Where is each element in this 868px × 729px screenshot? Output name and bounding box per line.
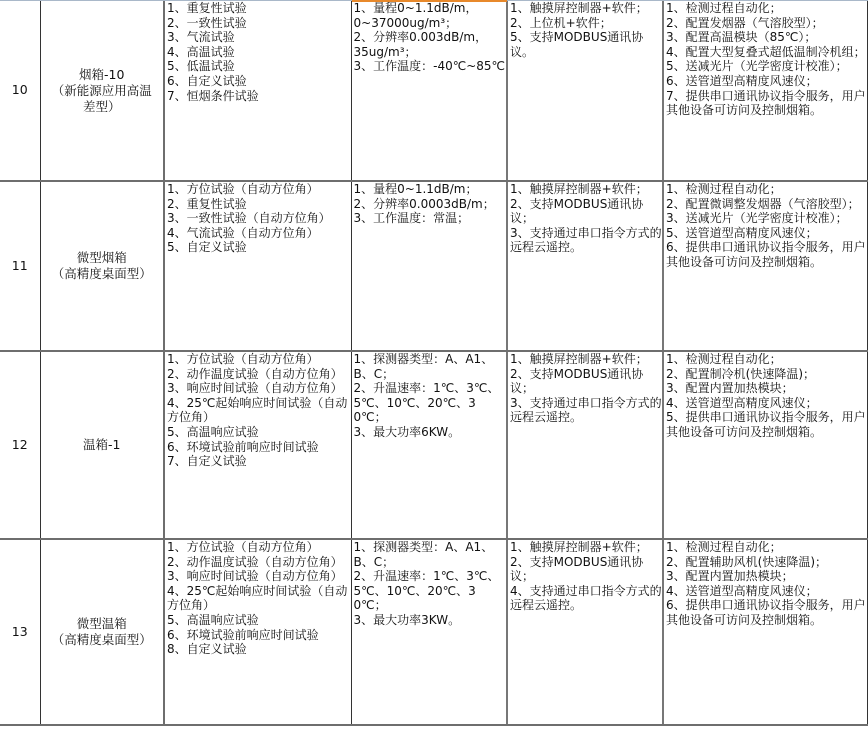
test-item: 2、一致性试验 (167, 16, 351, 31)
test-item: 4、气流试验（自动方位角） (167, 226, 351, 241)
product-name-line: （高精度桌面型） (45, 632, 160, 648)
parameter-item: 2、分辨率0.0003dB/m； (354, 197, 507, 212)
test-item: 2、重复性试验 (167, 197, 351, 212)
test-item: 6、环境试验前响应时间试验 (167, 440, 351, 455)
table-row: 12 温箱-1 1、方位试验（自动方位角）2、动作温度试验（自动方位角）3、响应… (0, 351, 867, 539)
product-name-line: （新能源应用高温 (45, 83, 160, 99)
config-item: 6、提供串口通讯协议指令服务，用户其他设备可访问及控制烟箱。 (666, 240, 867, 269)
spreadsheet-view: 10 烟箱-10（新能源应用高温差型） 1、重复性试验2、一致性试验3、气流试验… (0, 0, 868, 729)
config-item: 7、提供串口通讯协议指令服务，用户其他设备可访问及控制烟箱。 (666, 89, 867, 118)
control-item: 3、支持通过串口指令方式的远程云遥控。 (510, 396, 662, 425)
test-item: 3、气流试验 (167, 30, 351, 45)
test-item: 4、高温试验 (167, 45, 351, 60)
test-item: 3、响应时间试验（自动方位角） (167, 569, 351, 584)
product-name-line: 温箱-1 (45, 437, 160, 453)
parameter-item: 0~37000ug/m³； (354, 16, 507, 31)
config-item: 4、配置大型复叠式超低温制冷机组； (666, 45, 867, 60)
control-item: 5、支持MODBUS通讯协议。 (510, 30, 662, 59)
cell-parameters[interactable]: 1、量程0~1.1dB/m；2、分辨率0.0003dB/m；3、工作温度：常温； (351, 181, 507, 351)
cell-control-mode[interactable]: 1、触摸屏控制器+软件；2、支持MODBUS通讯协议；4、支持通过串口指令方式的… (507, 539, 663, 725)
product-name-line: 微型烟箱 (45, 250, 160, 266)
test-item: 1、方位试验（自动方位角） (167, 182, 351, 197)
config-item: 4、送管道型高精度风速仪； (666, 396, 867, 411)
config-item: 6、提供串口通讯协议指令服务，用户其他设备可访问及控制烟箱。 (666, 598, 867, 627)
config-item: 3、配置内置加热模块； (666, 381, 867, 396)
cell-test-items[interactable]: 1、方位试验（自动方位角）2、动作温度试验（自动方位角）3、响应时间试验（自动方… (164, 351, 351, 539)
parameter-item: 3、工作温度：-40℃~85℃ (354, 59, 507, 74)
config-item: 5、送减光片（光学密度计校准）； (666, 59, 867, 74)
parameter-item: 2、分辨率0.003dB/m， (354, 30, 507, 45)
control-item: 1、触摸屏控制器+软件； (510, 352, 662, 367)
control-item: 2、支持MODBUS通讯协议； (510, 197, 662, 226)
config-item: 3、配置内置加热模块； (666, 569, 867, 584)
cell-test-items[interactable]: 1、方位试验（自动方位角）2、动作温度试验（自动方位角）3、响应时间试验（自动方… (164, 539, 351, 725)
parameter-item: 35ug/m³； (354, 45, 507, 60)
parameter-item: 3、工作温度：常温； (354, 211, 507, 226)
product-name-line: 差型） (45, 99, 160, 115)
test-item: 5、高温响应试验 (167, 425, 351, 440)
config-item: 2、配置辅助风机(快速降温)； (666, 555, 867, 570)
cell-test-items[interactable]: 1、方位试验（自动方位角）2、重复性试验3、一致性试验（自动方位角）4、气流试验… (164, 181, 351, 351)
test-item: 7、自定义试验 (167, 454, 351, 469)
parameter-item: 1、量程0~1.1dB/m； (354, 182, 507, 197)
test-item: 1、方位试验（自动方位角） (167, 540, 351, 555)
test-item: 5、低温试验 (167, 59, 351, 74)
cell-parameters[interactable]: 1、探测器类型：A、A1、B、C；2、升温速率：1℃、3℃、5℃、10℃、20℃… (351, 351, 507, 539)
config-item: 1、检测过程自动化； (666, 1, 867, 16)
cell-parameters[interactable]: 1、探测器类型：A、A1、B、C；2、升温速率：1℃、3℃、5℃、10℃、20℃… (351, 539, 507, 725)
config-item: 1、检测过程自动化； (666, 182, 867, 197)
parameter-item: 2、升温速率：1℃、3℃、5℃、10℃、20℃、30℃； (354, 569, 507, 613)
parameter-item: 3、最大功率3KW。 (354, 613, 507, 628)
product-name-line: （高精度桌面型） (45, 266, 160, 282)
product-name-line: 烟箱-10 (45, 67, 160, 83)
test-item: 8、自定义试验 (167, 642, 351, 657)
test-item: 4、25℃起始响应时间试验（自动方位角） (167, 584, 351, 613)
row-number: 13 (12, 624, 28, 639)
test-item: 2、动作温度试验（自动方位角） (167, 367, 351, 382)
cell-control-mode[interactable]: 1、触摸屏控制器+软件；2、支持MODBUS通讯协议；3、支持通过串口指令方式的… (507, 351, 663, 539)
parameter-item: 2、升温速率：1℃、3℃、5℃、10℃、20℃、30℃； (354, 381, 507, 425)
test-item: 1、方位试验（自动方位角） (167, 352, 351, 367)
test-item: 3、响应时间试验（自动方位角） (167, 381, 351, 396)
control-item: 4、支持通过串口指令方式的远程云遥控。 (510, 584, 662, 613)
config-item: 3、配置高温模块（85℃）； (666, 30, 867, 45)
cell-test-items[interactable]: 1、重复性试验2、一致性试验3、气流试验4、高温试验5、低温试验6、自定义试验7… (164, 1, 351, 181)
test-item: 2、动作温度试验（自动方位角） (167, 555, 351, 570)
cell-row-number[interactable]: 10 (0, 1, 40, 181)
product-name-line: 微型温箱 (45, 616, 160, 632)
test-item: 4、25℃起始响应时间试验（自动方位角） (167, 396, 351, 425)
test-item: 7、恒烟条件试验 (167, 89, 351, 104)
parameter-item: 1、量程0~1.1dB/m， (354, 1, 507, 16)
config-item: 4、送管道型高精度风速仪； (666, 584, 867, 599)
parameter-item: 1、探测器类型：A、A1、B、C； (354, 540, 507, 569)
cell-configuration[interactable]: 1、检测过程自动化；2、配置微调整发烟器（气溶胶型）；3、送减光片（光学密度计校… (663, 181, 867, 351)
test-item: 3、一致性试验（自动方位角） (167, 211, 351, 226)
control-item: 1、触摸屏控制器+软件； (510, 182, 662, 197)
control-item: 3、支持通过串口指令方式的远程云遥控。 (510, 226, 662, 255)
config-item: 1、检测过程自动化； (666, 540, 867, 555)
config-item: 3、送减光片（光学密度计校准）； (666, 211, 867, 226)
config-item: 1、检测过程自动化； (666, 352, 867, 367)
cell-product-name[interactable]: 微型烟箱（高精度桌面型） (40, 181, 164, 351)
cell-row-number[interactable]: 12 (0, 351, 40, 539)
parameter-item: 1、探测器类型：A、A1、B、C； (354, 352, 507, 381)
cell-control-mode[interactable]: 1、触摸屏控制器+软件；2、支持MODBUS通讯协议；3、支持通过串口指令方式的… (507, 181, 663, 351)
test-item: 5、高温响应试验 (167, 613, 351, 628)
table-row: 11 微型烟箱（高精度桌面型） 1、方位试验（自动方位角）2、重复性试验3、一致… (0, 181, 867, 351)
config-item: 2、配置发烟器（气溶胶型）； (666, 16, 867, 31)
product-spec-table: 10 烟箱-10（新能源应用高温差型） 1、重复性试验2、一致性试验3、气流试验… (0, 1, 868, 726)
row-number: 11 (12, 258, 28, 273)
cell-product-name[interactable]: 温箱-1 (40, 351, 164, 539)
control-item: 2、上位机+软件； (510, 16, 662, 31)
control-item: 1、触摸屏控制器+软件； (510, 1, 662, 16)
control-item: 1、触摸屏控制器+软件； (510, 540, 662, 555)
cell-parameters[interactable]: 1、量程0~1.1dB/m，0~37000ug/m³；2、分辨率0.003dB/… (351, 1, 507, 181)
cell-product-name[interactable]: 微型温箱（高精度桌面型） (40, 539, 164, 725)
cell-configuration[interactable]: 1、检测过程自动化；2、配置制冷机(快速降温)；3、配置内置加热模块；4、送管道… (663, 351, 867, 539)
config-item: 6、送管道型高精度风速仪； (666, 74, 867, 89)
cell-control-mode[interactable]: 1、触摸屏控制器+软件；2、上位机+软件；5、支持MODBUS通讯协议。 (507, 1, 663, 181)
row-number: 12 (12, 437, 28, 452)
parameter-item: 3、最大功率6KW。 (354, 425, 507, 440)
row-number: 10 (12, 82, 28, 97)
control-item: 2、支持MODBUS通讯协议； (510, 367, 662, 396)
test-item: 6、环境试验前响应时间试验 (167, 628, 351, 643)
table-row: 10 烟箱-10（新能源应用高温差型） 1、重复性试验2、一致性试验3、气流试验… (0, 1, 867, 181)
test-item: 5、自定义试验 (167, 240, 351, 255)
config-item: 5、送管道型高精度风速仪； (666, 226, 867, 241)
cell-selection-border (352, 0, 507, 2)
config-item: 2、配置制冷机(快速降温)； (666, 367, 867, 382)
table-row: 13 微型温箱（高精度桌面型） 1、方位试验（自动方位角）2、动作温度试验（自动… (0, 539, 867, 725)
config-item: 2、配置微调整发烟器（气溶胶型）； (666, 197, 867, 212)
cell-product-name[interactable]: 烟箱-10（新能源应用高温差型） (40, 1, 164, 181)
cell-row-number[interactable]: 11 (0, 181, 40, 351)
config-item: 5、提供串口通讯协议指令服务，用户其他设备可访问及控制烟箱。 (666, 410, 867, 439)
control-item: 2、支持MODBUS通讯协议； (510, 555, 662, 584)
test-item: 1、重复性试验 (167, 1, 351, 16)
cell-row-number[interactable]: 13 (0, 539, 40, 725)
cell-configuration[interactable]: 1、检测过程自动化；2、配置辅助风机(快速降温)；3、配置内置加热模块；4、送管… (663, 539, 867, 725)
cell-configuration[interactable]: 1、检测过程自动化；2、配置发烟器（气溶胶型）；3、配置高温模块（85℃）；4、… (663, 1, 867, 181)
test-item: 6、自定义试验 (167, 74, 351, 89)
